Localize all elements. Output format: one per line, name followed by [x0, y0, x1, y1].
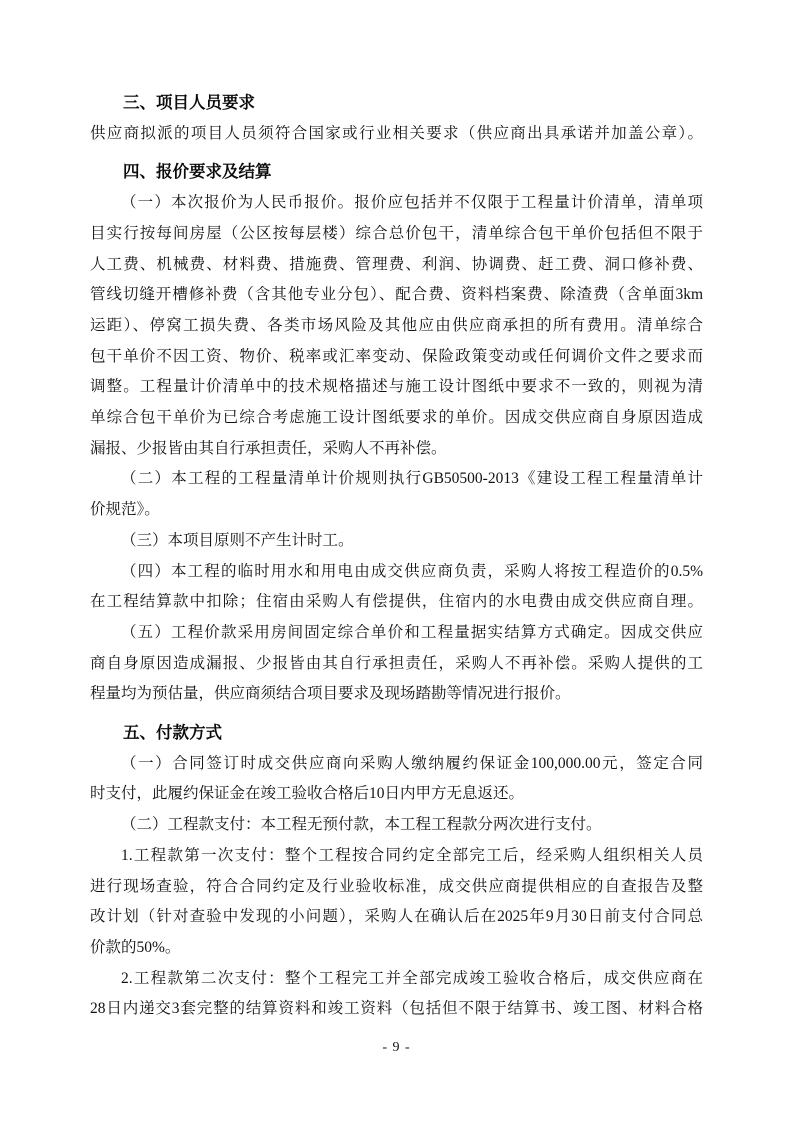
paragraph: （一）本次报价为人民币报价。报价应包括并不仅限于工程量计价清单，清单项目实行按每… [90, 188, 703, 464]
text-line: 时支付，此履约保证金在竣工验收合格后10日内甲方无息返还。 [90, 779, 703, 810]
document-page: 三、项目人员要求供应商拟派的项目人员须符合国家或行业相关要求（供应商出具承诺并加… [0, 0, 793, 1122]
text-line: 在工程结算款中扣除；住宿由采购人有偿提供，住宿内的水电费由成交供应商自理。 [90, 587, 703, 618]
text-line: （二）工程款支付：本工程无预付款，本工程工程款分两次进行支付。 [90, 810, 703, 841]
paragraph: 1.工程款第一次支付：整个工程按合同约定全部完工后，经采购人组织相关人员进行现场… [90, 841, 703, 964]
paragraph: （三）本项目原则不产生计时工。 [90, 526, 703, 557]
text-line: 漏报、少报皆由其自行承担责任，采购人不再补偿。 [90, 434, 703, 465]
text-line: 商自身原因造成漏报、少报皆由其自行承担责任，采购人不再补偿。采购人提供的工 [90, 649, 703, 680]
text-line: 价规范》。 [90, 495, 703, 526]
text-line: 人工费、机械费、材料费、措施费、管理费、利润、协调费、赶工费、洞口修补费、 [90, 250, 703, 281]
paragraph: 供应商拟派的项目人员须符合国家或行业相关要求（供应商出具承诺并加盖公章）。 [90, 119, 703, 150]
text-line: 运距）、停窝工损失费、各类市场风险及其他应由供应商承担的所有费用。清单综合 [90, 311, 703, 342]
paragraph: （二）工程款支付：本工程无预付款，本工程工程款分两次进行支付。 [90, 810, 703, 841]
text-line: 改计划（针对查验中发现的小问题），采购人在确认后在2025年9月30日前支付合同… [90, 902, 703, 933]
paragraph: （五）工程价款采用房间固定综合单价和工程量据实结算方式确定。因成交供应商自身原因… [90, 618, 703, 710]
text-line: 1.工程款第一次支付：整个工程按合同约定全部完工后，经采购人组织相关人员 [90, 841, 703, 872]
text-line: （四）本工程的临时用水和用电由成交供应商负责，采购人将按工程造价的0.5% [90, 557, 703, 588]
text-line: 28日内递交3套完整的结算资料和竣工资料（包括但不限于结算书、竣工图、材料合格 [90, 994, 703, 1025]
text-line: （三）本项目原则不产生计时工。 [90, 526, 703, 557]
text-line: 供应商拟派的项目人员须符合国家或行业相关要求（供应商出具承诺并加盖公章）。 [90, 119, 703, 150]
paragraph: （四）本工程的临时用水和用电由成交供应商负责，采购人将按工程造价的0.5%在工程… [90, 557, 703, 618]
section-heading: 四、报价要求及结算 [90, 157, 703, 188]
document-content: 三、项目人员要求供应商拟派的项目人员须符合国家或行业相关要求（供应商出具承诺并加… [90, 88, 703, 1025]
page-number: - 9 - [0, 1040, 793, 1056]
text-line: 目实行按每间房屋（公区按每层楼）综合总价包干，清单综合包干单价包括但不限于 [90, 219, 703, 250]
paragraph: （一）合同签订时成交供应商向采购人缴纳履约保证金100,000.00元，签定合同… [90, 749, 703, 810]
paragraph: （二）本工程的工程量清单计价规则执行GB50500-2013《建设工程工程量清单… [90, 464, 703, 525]
text-line: （一）本次报价为人民币报价。报价应包括并不仅限于工程量计价清单，清单项 [90, 188, 703, 219]
text-line: 管线切缝开槽修补费（含其他专业分包）、配合费、资料档案费、除渣费（含单面3km [90, 280, 703, 311]
text-line: （一）合同签订时成交供应商向采购人缴纳履约保证金100,000.00元，签定合同 [90, 749, 703, 780]
text-line: 价款的50%。 [90, 933, 703, 964]
section-heading: 三、项目人员要求 [90, 88, 703, 119]
text-line: 进行现场查验，符合合同约定及行业验收标准，成交供应商提供相应的自查报告及整 [90, 872, 703, 903]
text-line: 2.工程款第二次支付：整个工程完工并全部完成竣工验收合格后，成交供应商在 [90, 964, 703, 995]
text-line: 调整。工程量计价清单中的技术规格描述与施工设计图纸中要求不一致的，则视为清 [90, 372, 703, 403]
text-line: 程量均为预估量，供应商须结合项目要求及现场踏勘等情况进行报价。 [90, 679, 703, 710]
text-line: 包干单价不因工资、物价、税率或汇率变动、保险政策变动或任何调价文件之要求而 [90, 342, 703, 373]
text-line: 单综合包干单价为已综合考虑施工设计图纸要求的单价。因成交供应商自身原因造成 [90, 403, 703, 434]
text-line: （五）工程价款采用房间固定综合单价和工程量据实结算方式确定。因成交供应 [90, 618, 703, 649]
section-heading: 五、付款方式 [90, 718, 703, 749]
text-line: （二）本工程的工程量清单计价规则执行GB50500-2013《建设工程工程量清单… [90, 464, 703, 495]
paragraph: 2.工程款第二次支付：整个工程完工并全部完成竣工验收合格后，成交供应商在28日内… [90, 964, 703, 1025]
